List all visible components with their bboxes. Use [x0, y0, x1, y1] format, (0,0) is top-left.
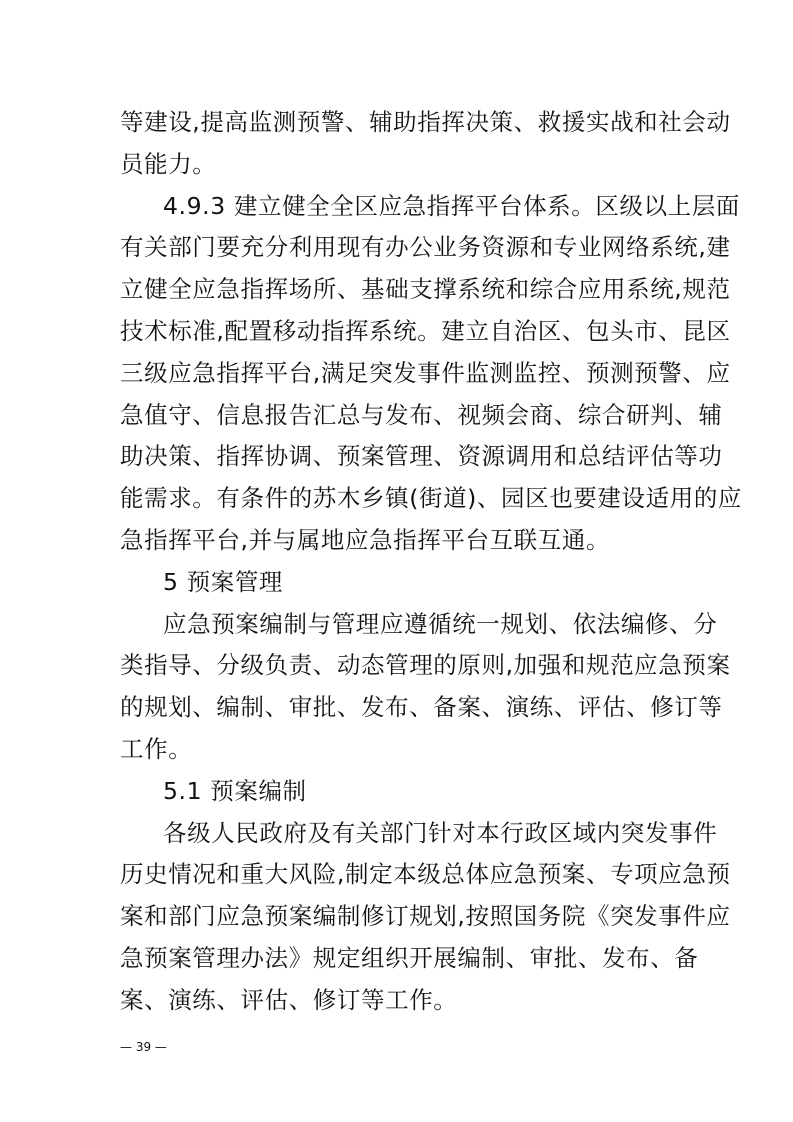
document-body: 等建设,提高监测预警、辅助指挥决策、救援实战和社会动 员能力。 4.9.3 建立… — [120, 102, 676, 1022]
text-line: 的规划、编制、审批、发布、备案、演练、评估、修订等 — [120, 687, 676, 729]
text-line: 工作。 — [120, 729, 676, 771]
text-line: 技术标准,配置移动指挥系统。建立自治区、包头市、昆区 — [120, 311, 676, 353]
section-heading-4-9-3: 4.9.3 建立健全全区应急指挥平台体系。区级以上层面 — [120, 186, 676, 228]
text-line: 助决策、指挥协调、预案管理、资源调用和总结评估等功 — [120, 436, 676, 478]
text-line: 案、演练、评估、修订等工作。 — [120, 980, 676, 1022]
paragraph-start: 各级人民政府及有关部门针对本行政区域内突发事件 — [120, 813, 676, 855]
text-line: 案和部门应急预案编制修订规划,按照国务院《突发事件应 — [120, 896, 676, 938]
text-line: 急指挥平台,并与属地应急指挥平台互联互通。 — [120, 520, 676, 562]
text-line: 历史情况和重大风险,制定本级总体应急预案、专项应急预 — [120, 854, 676, 896]
page-number: — 39 — — [120, 1040, 167, 1054]
text-line: 急值守、信息报告汇总与发布、视频会商、综合研判、辅 — [120, 395, 676, 437]
text-line: 三级应急指挥平台,满足突发事件监测监控、预测预警、应 — [120, 353, 676, 395]
text-line: 有关部门要充分利用现有办公业务资源和专业网络系统,建 — [120, 227, 676, 269]
section-heading-5: 5 预案管理 — [120, 562, 676, 604]
paragraph-start: 应急预案编制与管理应遵循统一规划、依法编修、分 — [120, 604, 676, 646]
text-line: 急预案管理办法》规定组织开展编制、审批、发布、备 — [120, 938, 676, 980]
text-line: 等建设,提高监测预警、辅助指挥决策、救援实战和社会动 — [120, 102, 676, 144]
text-line: 能需求。有条件的苏木乡镇(街道)、园区也要建设适用的应 — [120, 478, 676, 520]
text-line: 立健全应急指挥场所、基础支撑系统和综合应用系统,规范 — [120, 269, 676, 311]
text-line: 员能力。 — [120, 144, 676, 186]
section-heading-5-1: 5.1 预案编制 — [120, 771, 676, 813]
text-line: 类指导、分级负责、动态管理的原则,加强和规范应急预案 — [120, 645, 676, 687]
